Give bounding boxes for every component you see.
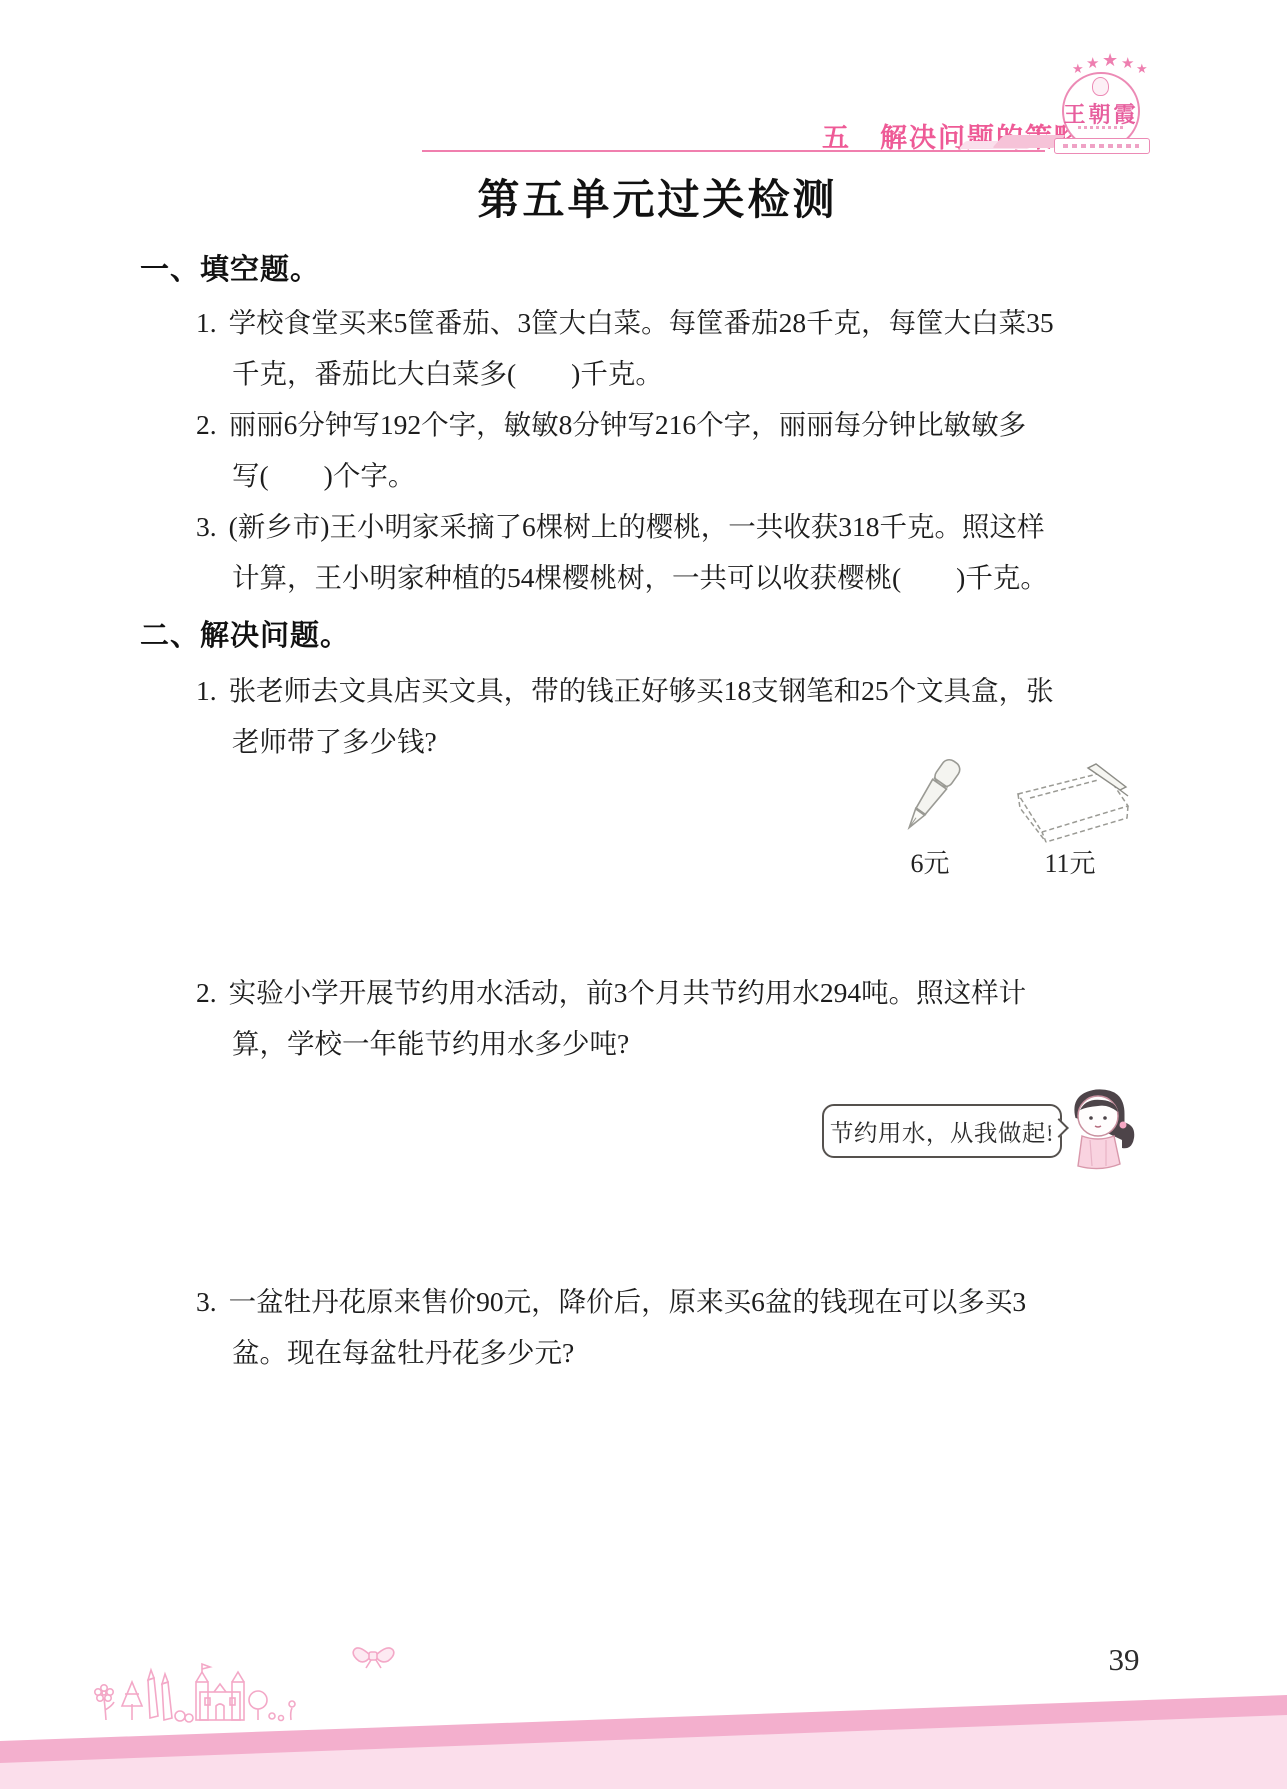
item-number: 1. (196, 307, 217, 338)
flower-icon (269, 1701, 295, 1721)
item-number: 2. (196, 409, 217, 440)
speech-bubble: 节约用水，从我做起! (822, 1104, 1062, 1158)
stamp-banner-dashes (1063, 144, 1139, 148)
item-text: 张老师去文具店买文具，带的钱正好够买18支钢笔和25个文具盒，张 老师带了多少钱… (229, 675, 1054, 757)
section-heading-fill-blanks: 一、填空题。 (140, 250, 320, 290)
item-number: 2. (196, 977, 217, 1008)
pencil-case-price-label: 11元 (1000, 843, 1140, 880)
stamp-subtext-dashes (1078, 126, 1124, 129)
worksheet-page: 五 解决问题的策略 ★ ★ ★ ★ ★ 王朝霞 第五单元过关检测 一、填空题。 … (0, 0, 1287, 1789)
item-number: 3. (196, 511, 217, 542)
bow-icon (350, 1642, 398, 1670)
bush-icon (175, 1711, 193, 1722)
problem-item: 3.一盆牡丹花原来售价90元，降价后，原来买6盆的钱现在可以多买3 盆。现在每盆… (196, 1276, 1146, 1378)
problem-item: 3.(新乡市)王小明家采摘了6棵树上的樱桃，一共收获318千克。照这样 计算，王… (196, 501, 1146, 603)
problem-item: 1.张老师去文具店买文具，带的钱正好够买18支钢笔和25个文具盒，张 老师带了多… (196, 665, 1146, 767)
problem-item: 1.学校食堂买来5筐番茄、3筐大白菜。每筐番茄28千克，每筐大白菜35 千克，番… (196, 297, 1146, 399)
item-text: (新乡市)王小明家采摘了6棵树上的樱桃，一共收获318千克。照这样 计算，王小明… (229, 511, 1048, 593)
tree-icon (249, 1691, 267, 1720)
star-icon: ★ (1121, 54, 1134, 72)
tree-icon (122, 1682, 142, 1720)
star-icon: ★ (1072, 62, 1084, 77)
problem-item: 2.实验小学开展节约用水活动，前3个月共节约用水294吨。照这样计 算，学校一年… (196, 967, 1146, 1069)
item-text: 一盆牡丹花原来售价90元，降价后，原来买6盆的钱现在可以多买3 盆。现在每盆牡丹… (229, 1286, 1027, 1368)
section-heading-problem-solving: 二、解决问题。 (140, 616, 350, 656)
castle-icon (196, 1664, 244, 1720)
item-number: 3. (196, 1286, 217, 1317)
header-underline (422, 150, 1045, 152)
problem-item: 2.丽丽6分钟写192个字，敏敏8分钟写216个字，丽丽每分钟比敏敏多 写( )… (196, 399, 1146, 501)
item-text: 学校食堂买来5筐番茄、3筐大白菜。每筐番茄28千克，每筐大白菜35 千克，番茄比… (229, 307, 1054, 389)
star-icon: ★ (1136, 62, 1148, 77)
girl-icon (1062, 1078, 1140, 1178)
page-number: 39 (1092, 1642, 1156, 1678)
pen-icon (880, 752, 980, 847)
star-icon: ★ (1102, 50, 1118, 71)
stamp-brand-name: 王朝霞 (1046, 98, 1156, 129)
item-text: 实验小学开展节约用水活动，前3个月共节约用水294吨。照这样计 算，学校一年能节… (229, 977, 1027, 1059)
star-icon: ★ (1086, 54, 1099, 72)
flower-icon (95, 1685, 114, 1720)
item-number: 1. (196, 675, 217, 706)
item-text: 丽丽6分钟写192个字，敏敏8分钟写216个字，丽丽每分钟比敏敏多 写( )个字… (229, 409, 1027, 491)
portrait-icon (1092, 77, 1109, 96)
speech-bubble-text: 节约用水，从我做起! (830, 1114, 1054, 1148)
page-title: 第五单元过关检测 (170, 172, 1145, 228)
stamp-banner (1054, 138, 1150, 154)
footer-doodles (88, 1630, 388, 1726)
pen-price-label: 6元 (880, 843, 980, 880)
brand-stamp: ★ ★ ★ ★ ★ 王朝霞 (1046, 50, 1158, 158)
pencil-case-icon (1000, 756, 1140, 846)
pencil-icon (148, 1670, 172, 1720)
